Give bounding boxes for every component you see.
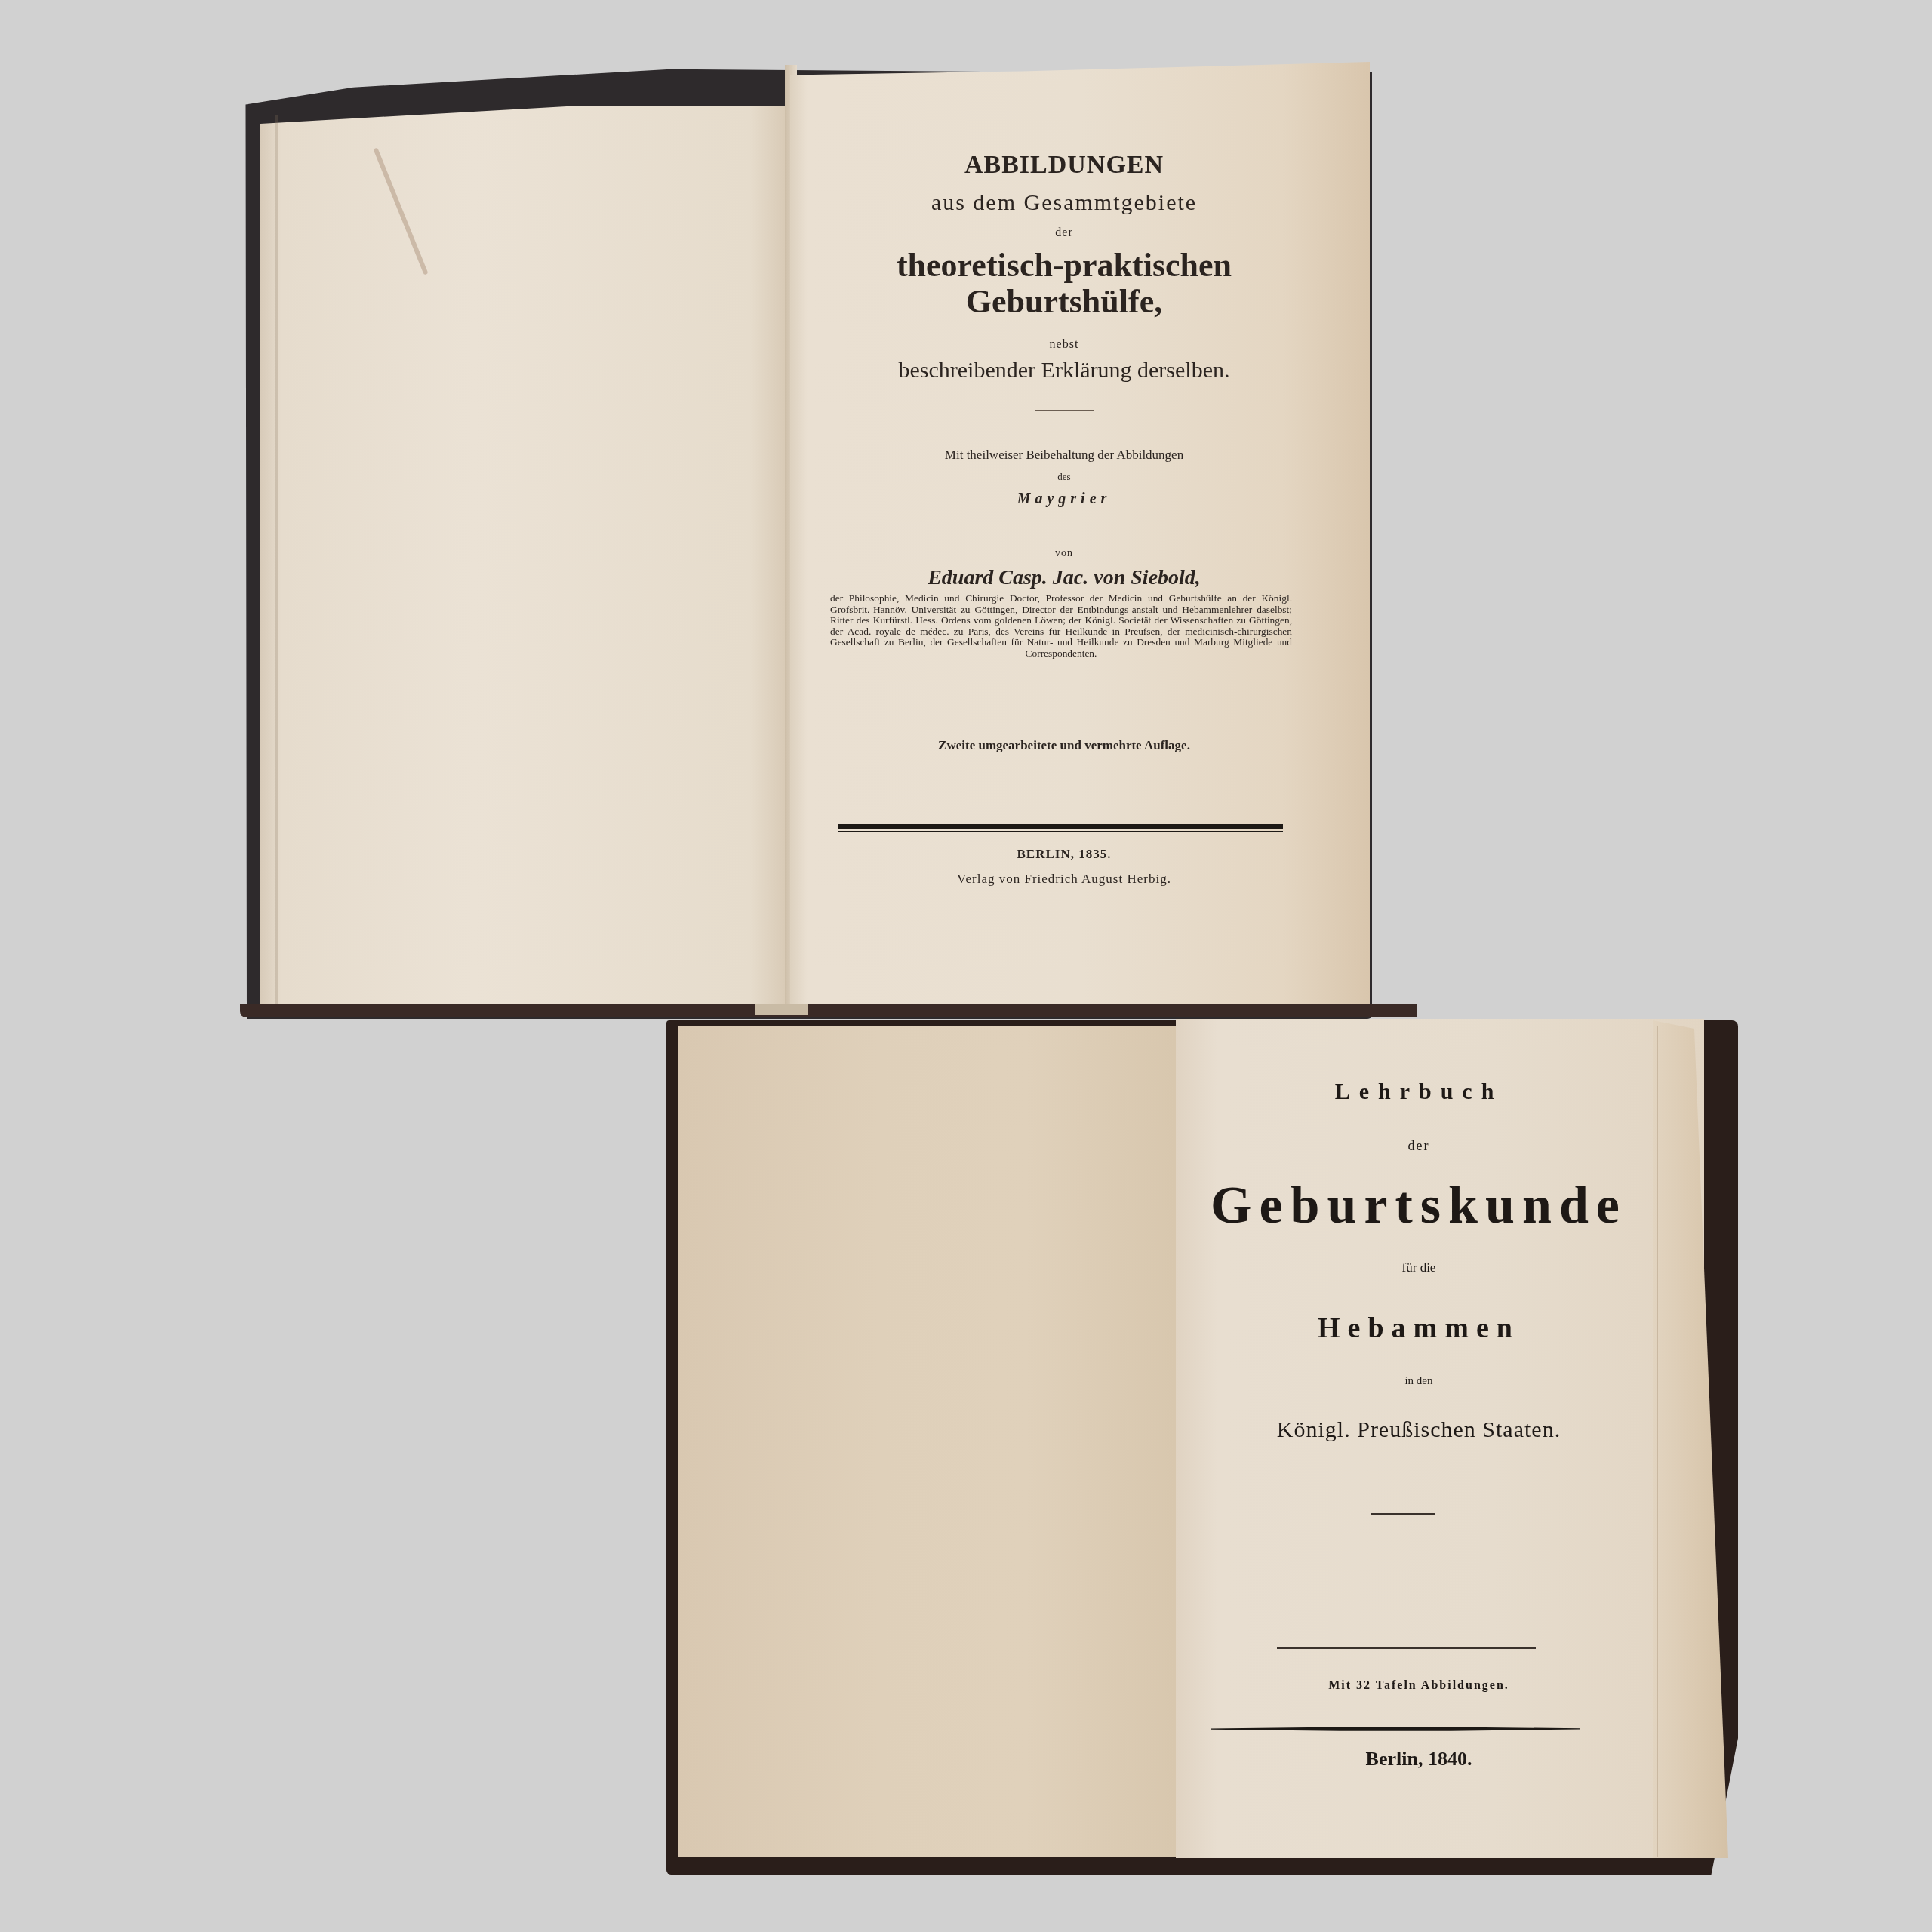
book2-imprint: Berlin, 1840. — [1177, 1748, 1660, 1770]
book1-divider-short — [1035, 410, 1094, 411]
book1-cover-bottom-edge — [240, 1004, 1417, 1017]
book1-author: Eduard Casp. Jac. von Siebold, — [819, 566, 1309, 590]
book1-note-des: des — [819, 471, 1309, 483]
book2-line4: für die — [1177, 1260, 1660, 1275]
book2-line7: Königl. Preußischen Staaten. — [1177, 1417, 1660, 1443]
book2-plates-note: Mit 32 Tafeln Abbildungen. — [1177, 1679, 1660, 1693]
book2-divider-short — [1371, 1513, 1435, 1515]
book2-left-endpaper — [678, 1026, 1176, 1857]
book1-endpaper-crease — [275, 115, 278, 1005]
book1-von: von — [819, 548, 1309, 560]
book1-line3: der — [819, 226, 1309, 240]
book2-line1: Lehrbuch — [1177, 1079, 1660, 1105]
book1-publisher: Verlag von Friedrich August Herbig. — [819, 872, 1309, 887]
book1-subtitle: beschreibender Erklärung derselben. — [819, 358, 1309, 383]
book1-imprint-rule-thin — [838, 831, 1283, 832]
book1-imprint-rule-thick — [838, 824, 1283, 829]
book2-line6: in den — [1177, 1375, 1660, 1388]
book1-title-line2: Geburtshülfe, — [819, 282, 1309, 321]
book1-edition-rule-bottom — [1000, 761, 1127, 761]
book1-spine-label-fragment — [755, 1004, 808, 1015]
book1-left-endpaper — [260, 106, 792, 1010]
book2-title: Geburtskunde — [1177, 1176, 1660, 1236]
book1-line2: aus dem Gesammtgebiete — [819, 190, 1309, 216]
book1-title-line1: theoretisch-praktischen — [819, 246, 1309, 285]
book2-divider-long — [1277, 1647, 1536, 1649]
book1-edition: Zweite umgearbeitete und vermehrte Aufla… — [819, 738, 1309, 753]
book1-imprint: BERLIN, 1835. — [819, 847, 1309, 862]
book1-note-name: Maygrier — [819, 491, 1309, 508]
book1-author-bio: der Philosophie, Medicin und Chirurgie D… — [830, 593, 1292, 660]
book2-line2: der — [1177, 1138, 1660, 1154]
book1-edition-rule-top — [1000, 731, 1127, 731]
book1-note: Mit theilweiser Beibehaltung der Abbildu… — [819, 448, 1309, 463]
book2-line5: Hebammen — [1177, 1312, 1660, 1345]
book1-heading: ABBILDUNGEN — [819, 151, 1309, 180]
book1-nebst: nebst — [819, 338, 1309, 352]
